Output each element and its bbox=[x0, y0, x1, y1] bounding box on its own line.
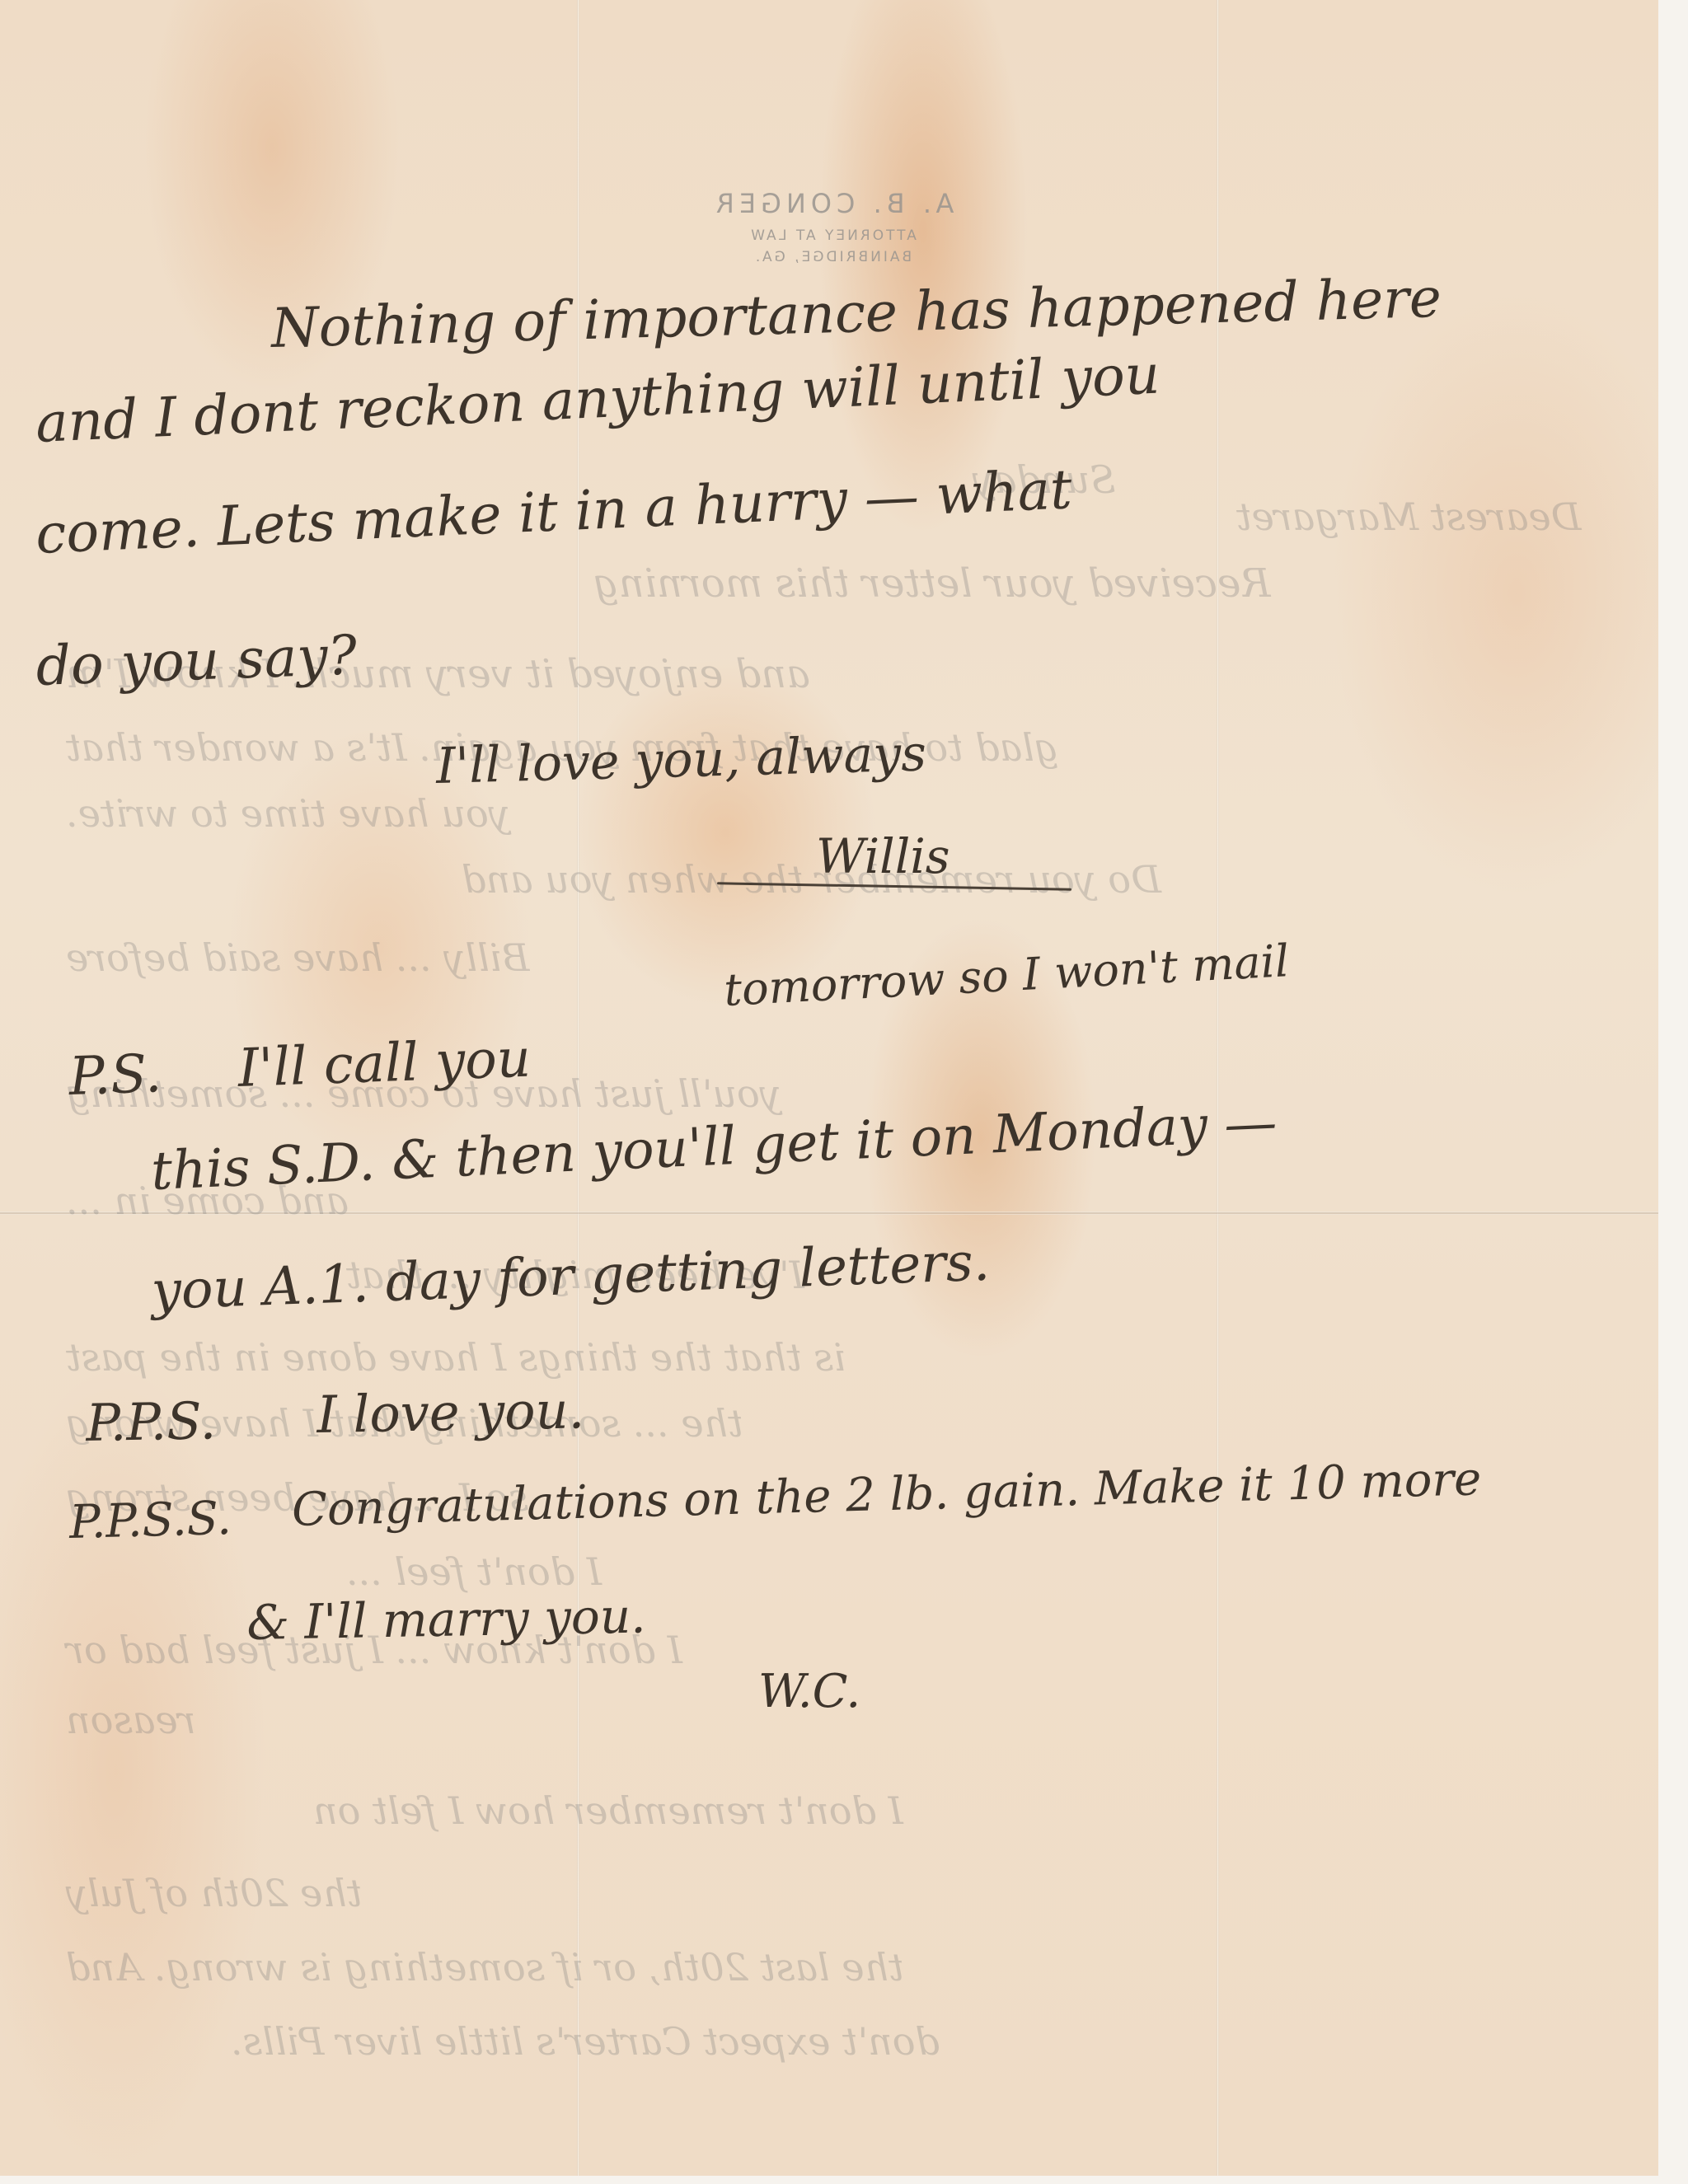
closing-signature: Willis bbox=[816, 828, 950, 884]
bleed-through-line: is that the things I have done in the pa… bbox=[66, 1335, 846, 1380]
bleed-through-line: Do you remember the when you and bbox=[462, 857, 1161, 902]
ppss-line-2: & I'll marry you. bbox=[246, 1588, 646, 1651]
pps-label: P.P.S. bbox=[86, 1390, 217, 1453]
bleed-through-line: Dearest Margaret bbox=[1236, 494, 1582, 539]
bleed-through-line: I don't remember how I felt on bbox=[313, 1788, 903, 1833]
bleed-through-line: Billy ... have said before bbox=[66, 935, 529, 980]
letterhead-title: ATTORNEY AT LAW bbox=[692, 227, 973, 244]
bleed-through-line: reason bbox=[66, 1698, 196, 1742]
ppss-line-1: Congratulations on the 2 lb. gain. Make … bbox=[291, 1452, 1482, 1537]
letterhead-name: A. B. CONGER bbox=[692, 188, 973, 219]
ppss-label: P.P.S.S. bbox=[68, 1492, 232, 1549]
body-line-3: come. Lets make it in a hurry — what bbox=[35, 457, 1073, 566]
bleed-through-line: I don't feel ... bbox=[346, 1549, 602, 1594]
letter-paper: Sunday Dearest Margaret Received your le… bbox=[0, 0, 1658, 2176]
ps-line-3: you A.1. day for getting letters. bbox=[150, 1232, 991, 1322]
ppss-signature: W.C. bbox=[758, 1665, 860, 1718]
body-line-1: Nothing of importance has happened here bbox=[270, 266, 1442, 360]
bleed-through-line: the 20th of July bbox=[66, 1871, 362, 1915]
bleed-through-line: Received your letter this morning bbox=[593, 560, 1270, 607]
letterhead: A. B. CONGER ATTORNEY AT LAW BAINBRIDGE,… bbox=[692, 188, 973, 265]
ps-line-1-main: I'll call you bbox=[237, 1029, 532, 1099]
bleed-through-line: don't expect Carter's little liver Pills… bbox=[231, 2019, 940, 2064]
body-line-4: do you say? bbox=[35, 623, 358, 698]
pps-text: I love you. bbox=[316, 1380, 585, 1445]
ps-label: P.S. bbox=[68, 1043, 162, 1108]
closing-line: I'll love you, always bbox=[435, 724, 927, 795]
ps-line-1-insert: tomorrow so I won't mail bbox=[723, 935, 1291, 1016]
bleed-through-line: the last 20th, or if something is wrong.… bbox=[66, 1945, 904, 1990]
bleed-through-line: you have time to write. bbox=[66, 791, 510, 836]
letterhead-city: BAINBRIDGE, GA. bbox=[692, 249, 973, 265]
body-line-2: and I dont reckon anything will until yo… bbox=[35, 343, 1161, 455]
